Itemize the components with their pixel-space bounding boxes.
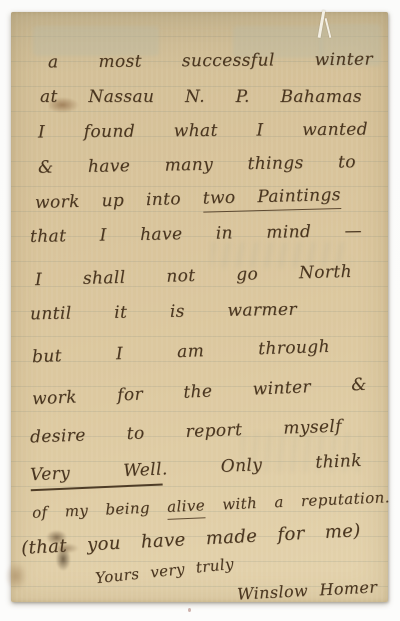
handwritten-text: work up into (35, 189, 203, 213)
letter-line: I found what I wanted (38, 121, 368, 143)
scanned-letter-photo: a most successful winter at Nassau N. P.… (0, 0, 400, 621)
letter-line: a most successful winter (48, 51, 373, 73)
handwritten-text: at Nassau N. P. Bahamas (40, 87, 362, 107)
letter-paper: a most successful winter at Nassau N. P.… (11, 12, 388, 602)
handwritten-text: until it is warmer (30, 300, 297, 325)
background-speck (188, 608, 191, 612)
underlined-text: alive (167, 496, 206, 520)
letter-line: at Nassau N. P. Bahamas (40, 88, 362, 108)
underlined-text: two Paintings (202, 185, 341, 213)
handwritten-text: I found what I wanted (38, 120, 368, 143)
handwritten-text: a most successful winter (48, 50, 373, 73)
